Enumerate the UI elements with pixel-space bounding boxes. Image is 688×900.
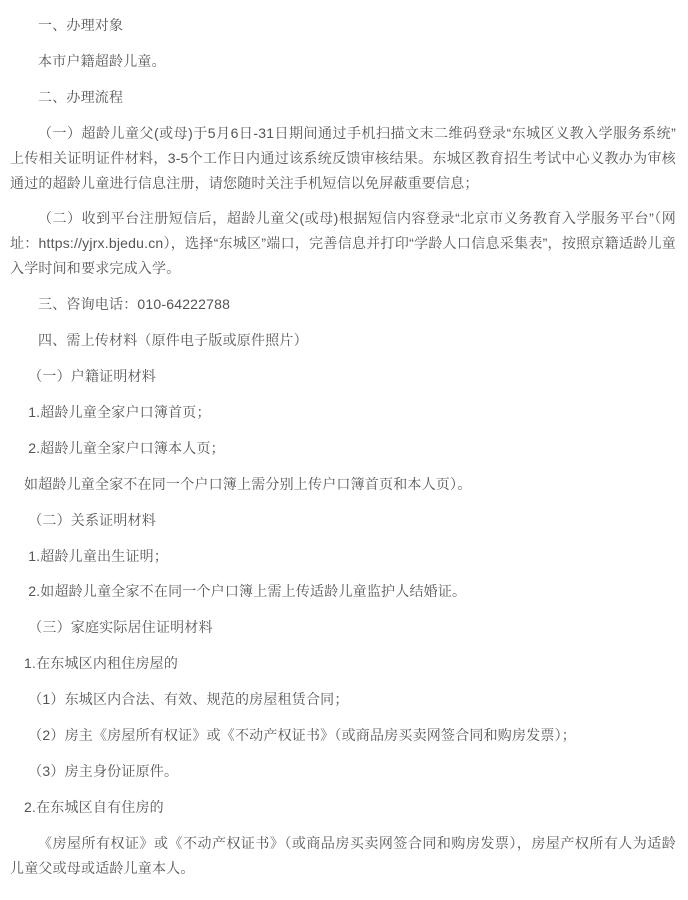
paragraph: 2.如超龄儿童全家不在同一个户口簿上需上传适龄儿童监护人结婚证。 xyxy=(10,579,676,604)
paragraph: 1.在东城区内租住房屋的 xyxy=(10,651,676,676)
subsection-heading: （二）关系证明材料 xyxy=(10,508,676,533)
paragraph: （1）东城区内合法、有效、规范的房屋租赁合同； xyxy=(10,687,676,712)
section-heading: 三、咨询电话：010-64222788 xyxy=(10,292,676,317)
paragraph: （2）房主《房屋所有权证》或《不动产权证书》（或商品房买卖网签合同和购房发票）； xyxy=(10,723,676,748)
paragraph: （一）超龄儿童父(或母)于5月6日-31日期间通过手机扫描文末二维码登录“东城区… xyxy=(10,121,676,196)
section-heading: 二、办理流程 xyxy=(10,85,676,110)
paragraph: （二）收到平台注册短信后，超龄儿童父(或母)根据短信内容登录“北京市义务教育入学… xyxy=(10,206,676,281)
paragraph: 如超龄儿童全家不在同一个户口簿上需分别上传户口簿首页和本人页）。 xyxy=(10,472,676,497)
paragraph: 2.在东城区自有住房的 xyxy=(10,795,676,820)
paragraph: （3）房主身份证原件。 xyxy=(10,759,676,784)
section-heading: 四、需上传材料（原件电子版或原件照片） xyxy=(10,328,676,353)
paragraph: 本市户籍超龄儿童。 xyxy=(10,49,676,74)
section-heading: 一、办理对象 xyxy=(10,13,676,38)
subsection-heading: （三）家庭实际居住证明材料 xyxy=(10,615,676,640)
paragraph: 2.超龄儿童全家户口簿本人页； xyxy=(10,436,676,461)
paragraph: 1.超龄儿童全家户口簿首页； xyxy=(10,400,676,425)
subsection-heading: （一）户籍证明材料 xyxy=(10,364,676,389)
paragraph: 1.超龄儿童出生证明； xyxy=(10,544,676,569)
paragraph: 《房屋所有权证》或《不动产权证书》（或商品房买卖网签合同和购房发票），房屋产权所… xyxy=(10,831,676,881)
article: 一、办理对象本市户籍超龄儿童。二、办理流程（一）超龄儿童父(或母)于5月6日-3… xyxy=(0,0,688,900)
